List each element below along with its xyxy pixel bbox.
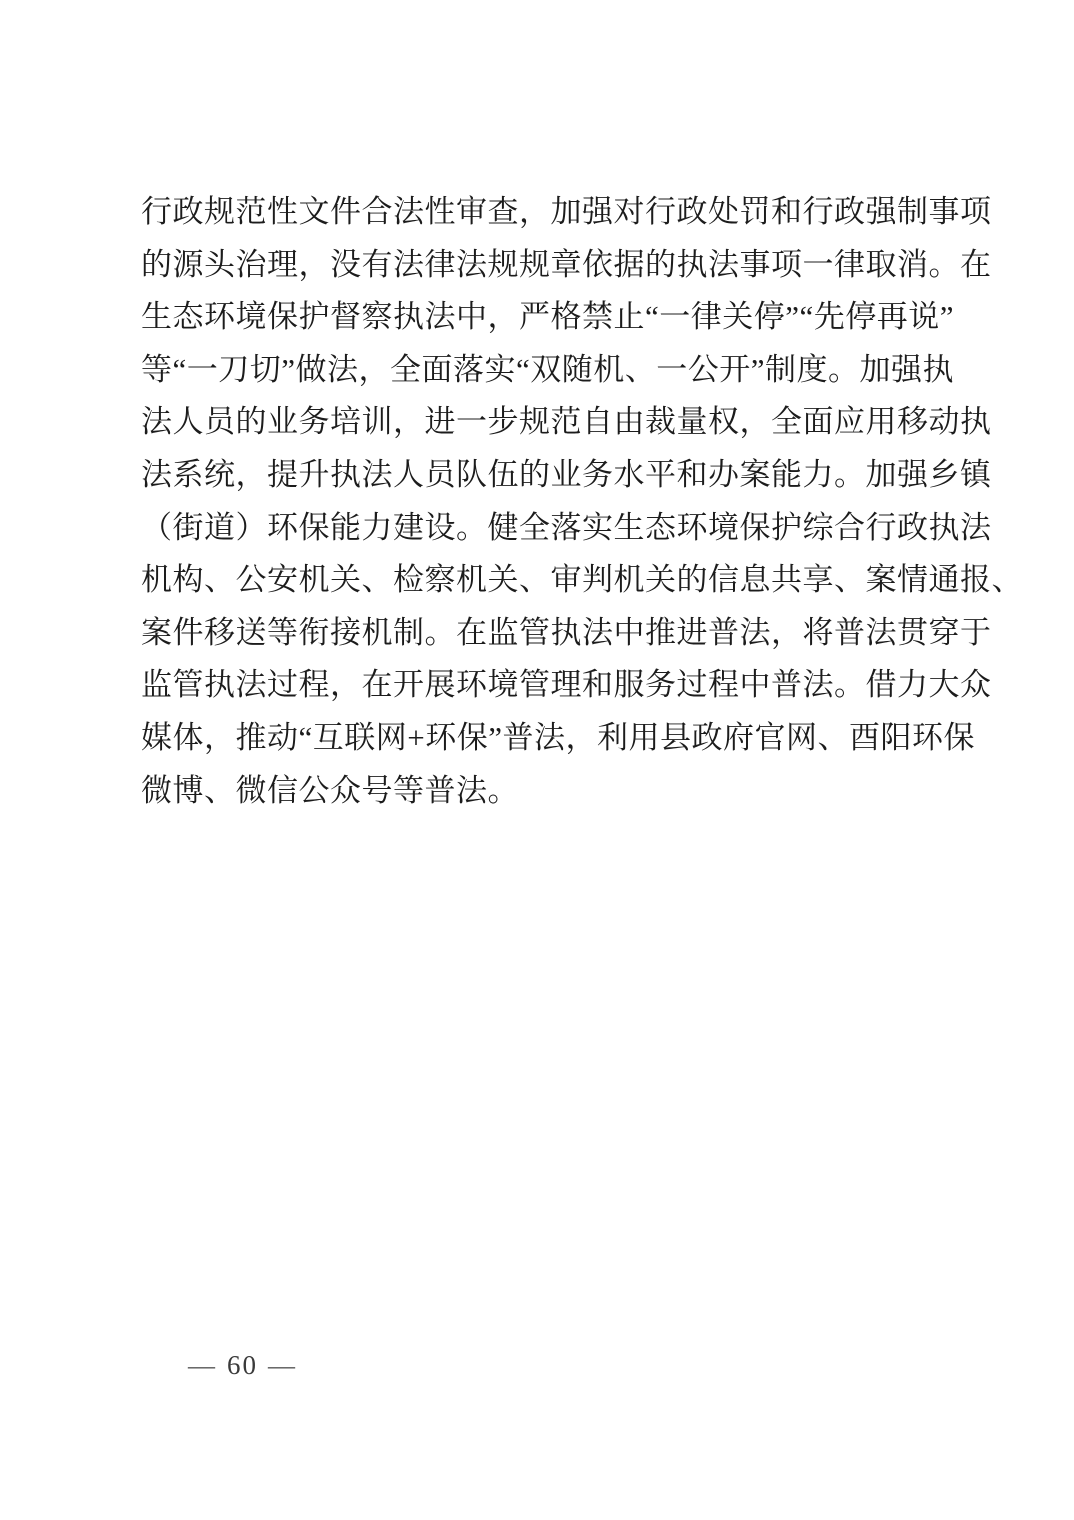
page-number: 60 bbox=[227, 1350, 258, 1380]
body-text-line: 微博、微信公众号等普法。 bbox=[141, 765, 930, 818]
body-text-line: 监管执法过程，在开展环境管理和服务过程中普法。借力大众 bbox=[141, 659, 930, 712]
body-text-line: （街道）环保能力建设。健全落实生态环境保护综合行政执法 bbox=[141, 502, 930, 555]
body-text-line: 的源头治理，没有法律法规规章依据的执法事项一律取消。在 bbox=[141, 239, 930, 292]
body-text-line: 生态环境保护督察执法中，严格禁止“一律关停”“先停再说” bbox=[141, 291, 930, 344]
document-page: 行政规范性文件合法性审查，加强对行政处罚和行政强制事项 的源头治理，没有法律法规… bbox=[0, 0, 1074, 1520]
body-text-line: 法人员的业务培训，进一步规范自由裁量权，全面应用移动执 bbox=[141, 396, 930, 449]
page-number-footer: —60— bbox=[178, 1350, 307, 1381]
body-text-block: 行政规范性文件合法性审查，加强对行政处罚和行政强制事项 的源头治理，没有法律法规… bbox=[141, 186, 930, 817]
body-text-line: 机构、公安机关、检察机关、审判机关的信息共享、案情通报、 bbox=[141, 554, 930, 607]
body-text-line: 案件移送等衔接机制。在监管执法中推进普法，将普法贯穿于 bbox=[141, 607, 930, 660]
body-text-line: 等“一刀切”做法，全面落实“双随机、一公开”制度。加强执 bbox=[141, 344, 930, 397]
body-text-line: 媒体，推动“互联网+环保”普法，利用县政府官网、酉阳环保 bbox=[141, 712, 930, 765]
body-text-line: 法系统，提升执法人员队伍的业务水平和办案能力。加强乡镇 bbox=[141, 449, 930, 502]
footer-left-dash: — bbox=[178, 1350, 227, 1380]
body-text-line: 行政规范性文件合法性审查，加强对行政处罚和行政强制事项 bbox=[141, 186, 930, 239]
footer-right-dash: — bbox=[258, 1350, 307, 1380]
